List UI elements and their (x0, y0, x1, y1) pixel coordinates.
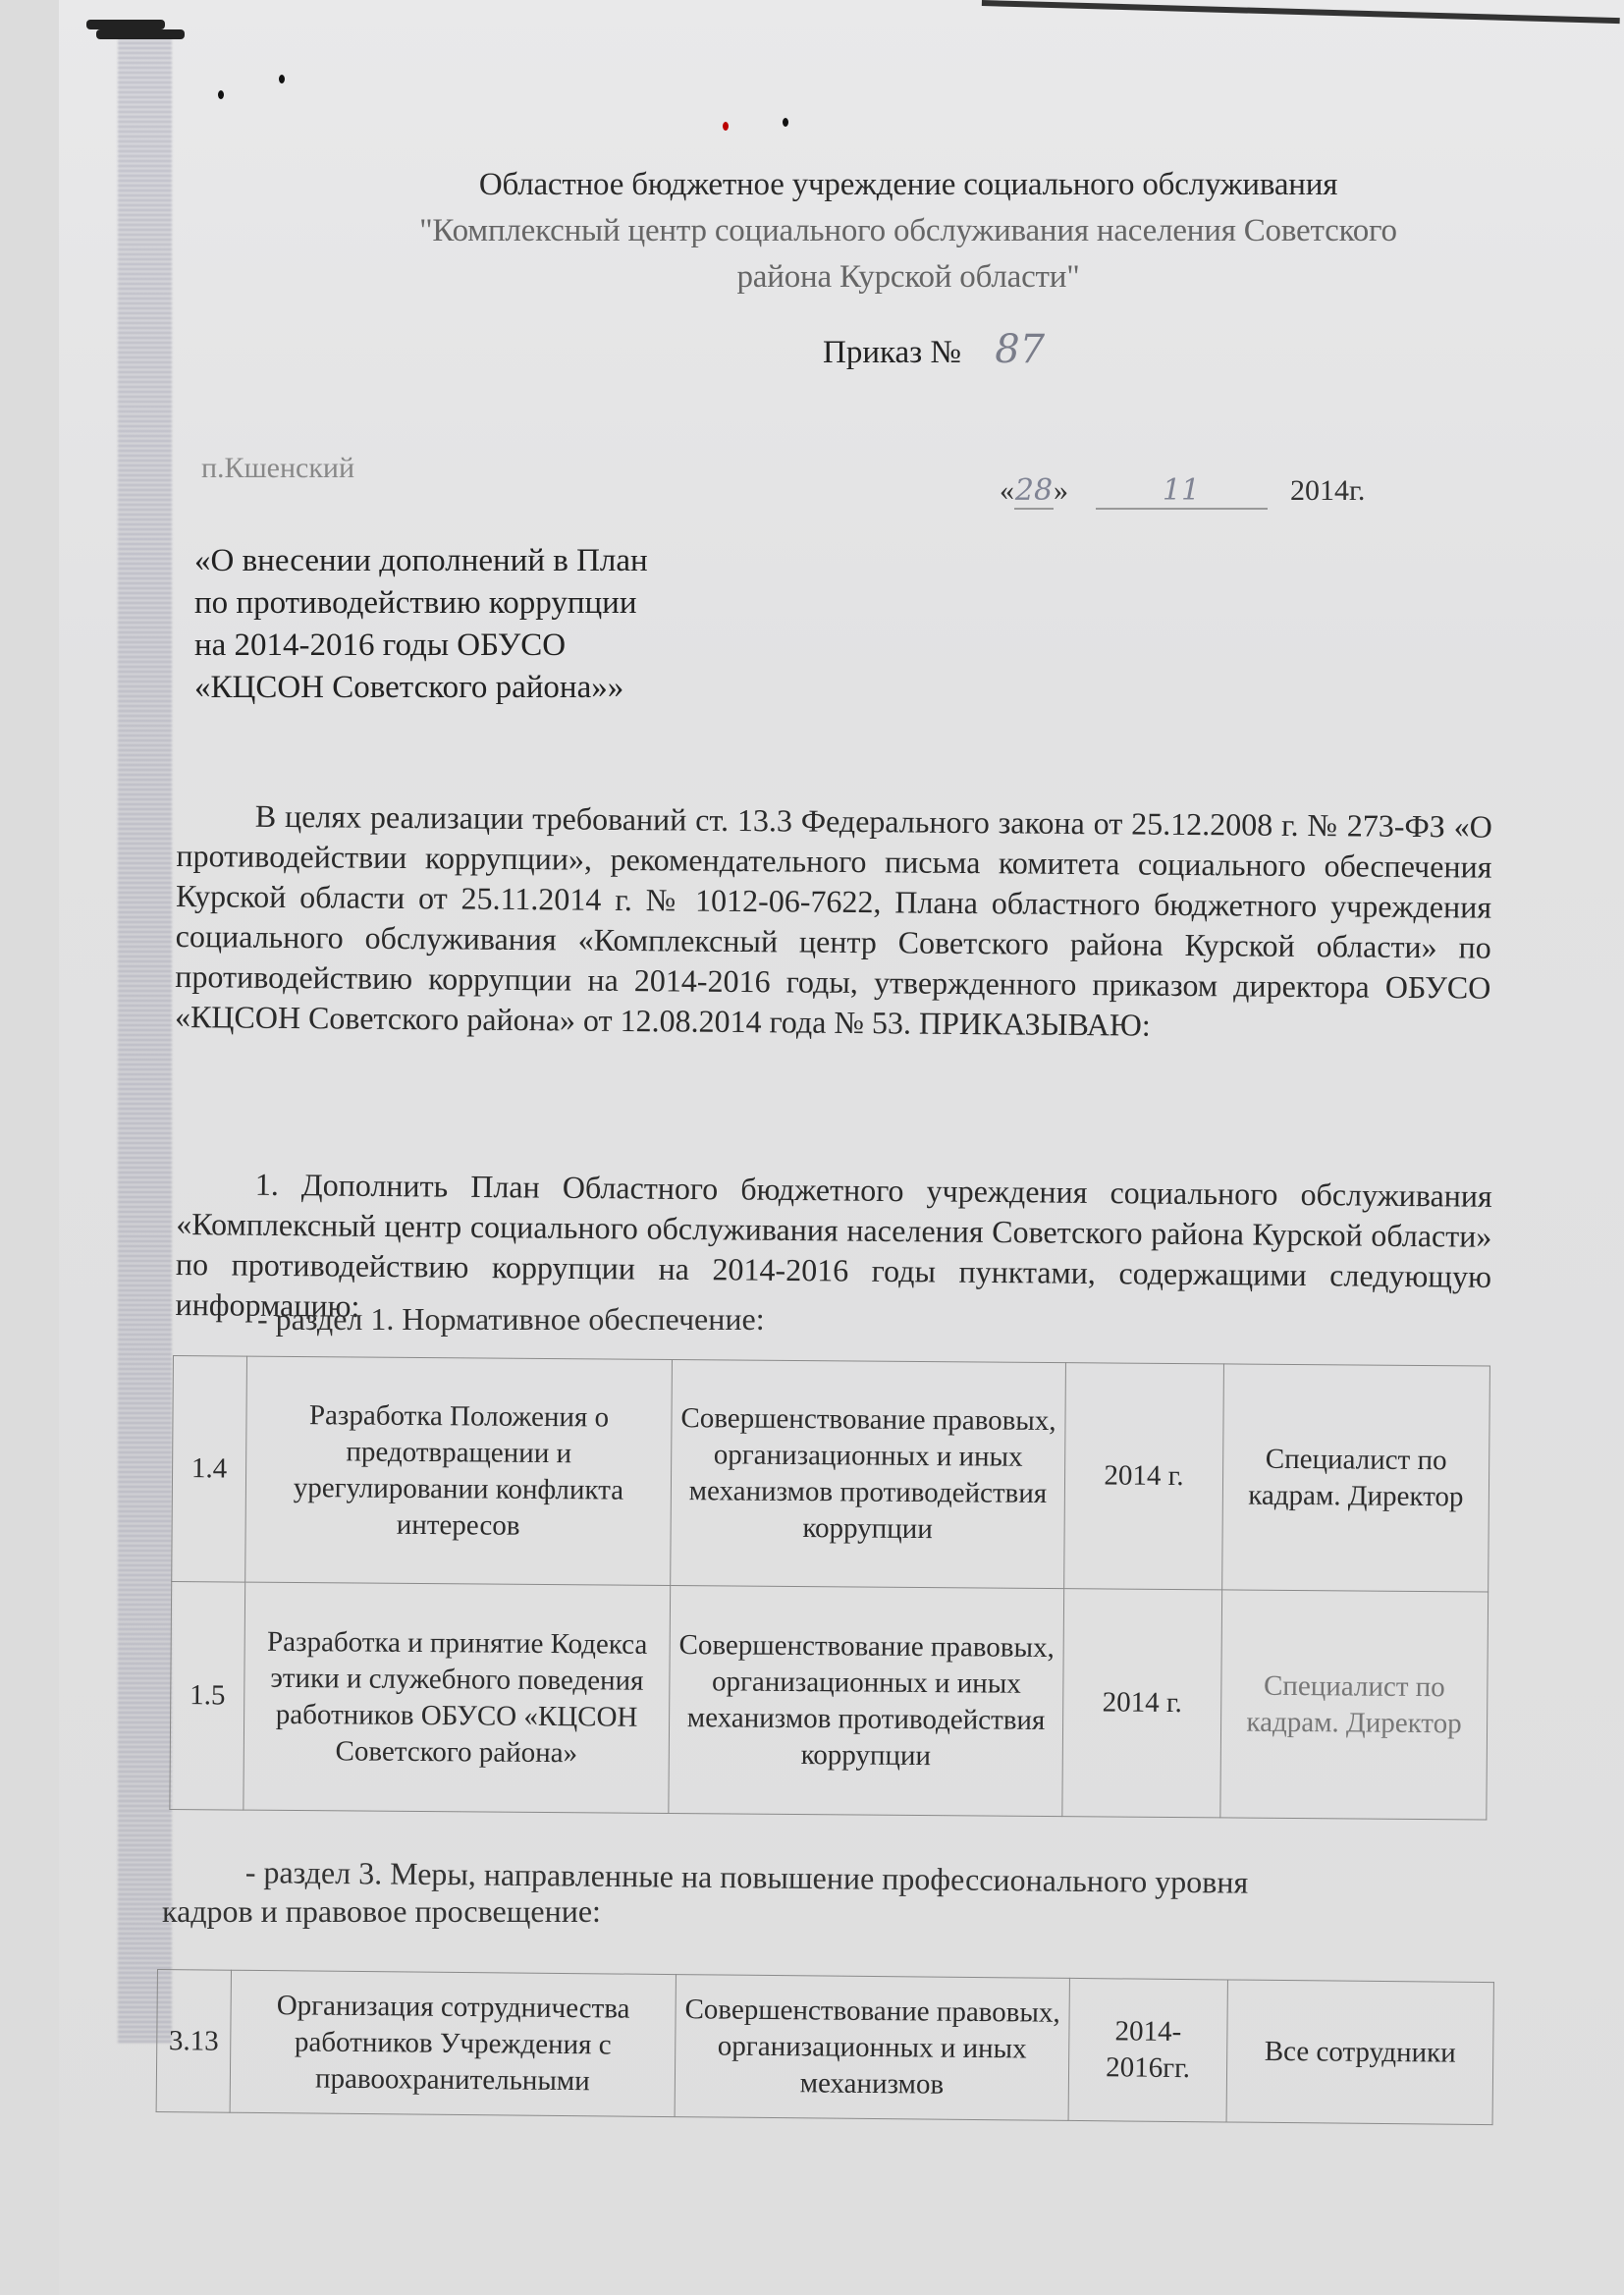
date-year: 2014г. (1290, 474, 1365, 507)
cell-action: Разработка и принятие Кодекса этики и сл… (244, 1582, 671, 1813)
cell-action: Организация сотрудничества работников Уч… (230, 1970, 676, 2116)
cell-num: 3.13 (156, 1970, 231, 2113)
table-row: 3.13 Организация сотрудничества работник… (156, 1970, 1493, 2125)
cell-goal: Совершенствование правовых, организацион… (675, 1975, 1069, 2121)
order-label: Приказ № (823, 335, 961, 370)
cell-term: 2014-2016гг. (1068, 1978, 1227, 2122)
cell-action: Разработка Положения о предотвращении и … (245, 1356, 673, 1585)
scan-speck (723, 122, 729, 131)
cell-responsible: Специалист по кадрам. Директор (1222, 1364, 1490, 1592)
place-name: п.Кшенский (201, 452, 354, 485)
section-1-table: 1.4 Разработка Положения о предотвращени… (169, 1355, 1490, 1821)
scan-speck (279, 75, 285, 83)
cell-term: 2014 г. (1062, 1589, 1222, 1818)
order-number-handwritten: 87 (995, 327, 1045, 372)
subject-line: «КЦСОН Советского района»» (194, 667, 648, 709)
organization-header: Областное бюджетное учреждение социально… (285, 162, 1532, 301)
order-subject: «О внесении дополнений в План по противо… (194, 540, 648, 709)
staple-mark (86, 20, 165, 29)
table-row: 1.5 Разработка и принятие Кодекса этики … (170, 1581, 1489, 1820)
cell-responsible: Специалист по кадрам. Директор (1220, 1590, 1489, 1820)
subject-line: по противодействию коррупции (194, 582, 648, 625)
cell-num: 1.4 (172, 1356, 247, 1583)
order-title: Приказ № 87 (823, 327, 1045, 372)
header-line-3: района Курской области" (285, 254, 1532, 301)
header-line-2: "Комплексный центр социального обслужива… (285, 208, 1532, 254)
preamble-text: В целях реализации требований ст. 13.3 Ф… (175, 798, 1492, 1041)
subject-line: «О внесении дополнений в План (194, 540, 648, 582)
directive-text: ПРИКАЗЫВАЮ: (919, 1006, 1151, 1043)
date-day: 28 (1014, 473, 1054, 510)
subject-line: на 2014-2016 годы ОБУСО (194, 625, 648, 667)
section-3-title-cont: кадров и правовое просвещение: (162, 1893, 601, 1930)
cell-num: 1.5 (170, 1581, 245, 1810)
section-1-title: - раздел 1. Нормативное обеспечение: (257, 1301, 765, 1338)
scan-speck (218, 90, 224, 99)
date-month: 11 (1096, 473, 1268, 510)
staple-mark (96, 29, 185, 39)
item-1-text: 1. Дополнить План Областного бюджетного … (175, 1167, 1491, 1324)
header-line-1: Областное бюджетное учреждение социально… (285, 162, 1532, 208)
table-row: 1.4 Разработка Положения о предотвращени… (172, 1356, 1490, 1593)
cell-term: 2014 г. (1064, 1363, 1224, 1590)
cell-goal: Совершенствование правовых, организацион… (669, 1585, 1064, 1816)
section-3-table: 3.13 Организация сотрудничества работник… (156, 1969, 1494, 2125)
order-date: «28» 11 2014г. (1000, 473, 1365, 510)
cell-responsible: Все сотрудники (1226, 1980, 1493, 2125)
cell-goal: Совершенствование правовых, организацион… (671, 1359, 1066, 1588)
scan-speck (783, 118, 788, 127)
preamble-paragraph: В целях реализации требований ст. 13.3 Ф… (175, 795, 1492, 1049)
binding-strip (118, 29, 172, 2043)
